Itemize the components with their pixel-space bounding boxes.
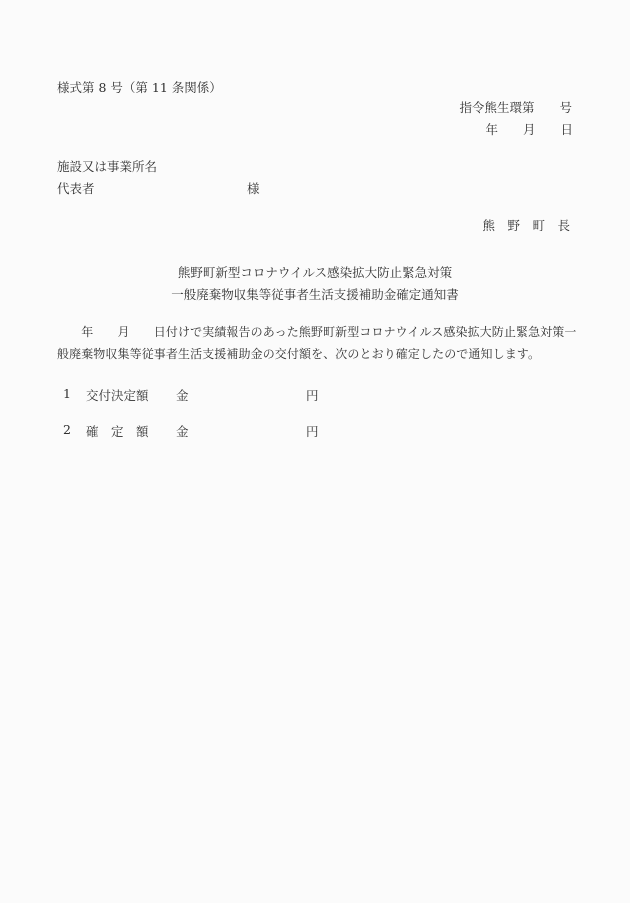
mayor-signature-line: 熊 野 町 長 <box>482 219 570 233</box>
date-line: 年 月 日 <box>485 123 573 137</box>
item-1-label: 交付決定額 <box>86 386 149 404</box>
item-1-currency-prefix: 金 <box>176 386 189 404</box>
item-2-currency-prefix: 金 <box>176 422 189 440</box>
amount-item-row-1: 1 交付決定額 金 円 <box>0 386 630 402</box>
document-title-line-1: 熊野町新型コロナウイルス感染拡大防止緊急対策 <box>0 262 630 284</box>
body-paragraph-line-1: 年 月 日付けで実績報告のあった熊野町新型コロナウイルス感染拡大防止緊急対策一 <box>57 322 576 344</box>
item-1-number: 1 <box>63 386 71 401</box>
body-paragraph-line-2: 般廃棄物収集等従事者生活支援補助金の交付額を、次のとおり確定したので通知します。 <box>57 344 576 366</box>
facility-name-label: 施設又は事業所名 <box>57 160 157 174</box>
honorific-label: 様 <box>247 182 260 196</box>
item-2-label: 確 定 額 <box>86 422 149 440</box>
item-1-currency-suffix: 円 <box>306 386 319 404</box>
representative-label: 代表者 <box>57 182 95 196</box>
amount-item-row-2: 2 確 定 額 金 円 <box>0 422 630 438</box>
document-title-line-2: 一般廃棄物収集等従事者生活支援補助金確定通知書 <box>0 284 630 306</box>
document-title: 熊野町新型コロナウイルス感染拡大防止緊急対策 一般廃棄物収集等従事者生活支援補助… <box>0 262 630 306</box>
body-paragraph: 年 月 日付けで実績報告のあった熊野町新型コロナウイルス感染拡大防止緊急対策一 … <box>57 322 576 365</box>
item-2-number: 2 <box>63 422 71 437</box>
form-number-line: 様式第 8 号（第 11 条関係） <box>57 81 222 95</box>
document-page: 様式第 8 号（第 11 条関係） 指令熊生環第 号 年 月 日 施設又は事業所… <box>0 0 630 903</box>
item-2-currency-suffix: 円 <box>306 422 319 440</box>
directive-number-line: 指令熊生環第 号 <box>459 101 572 115</box>
